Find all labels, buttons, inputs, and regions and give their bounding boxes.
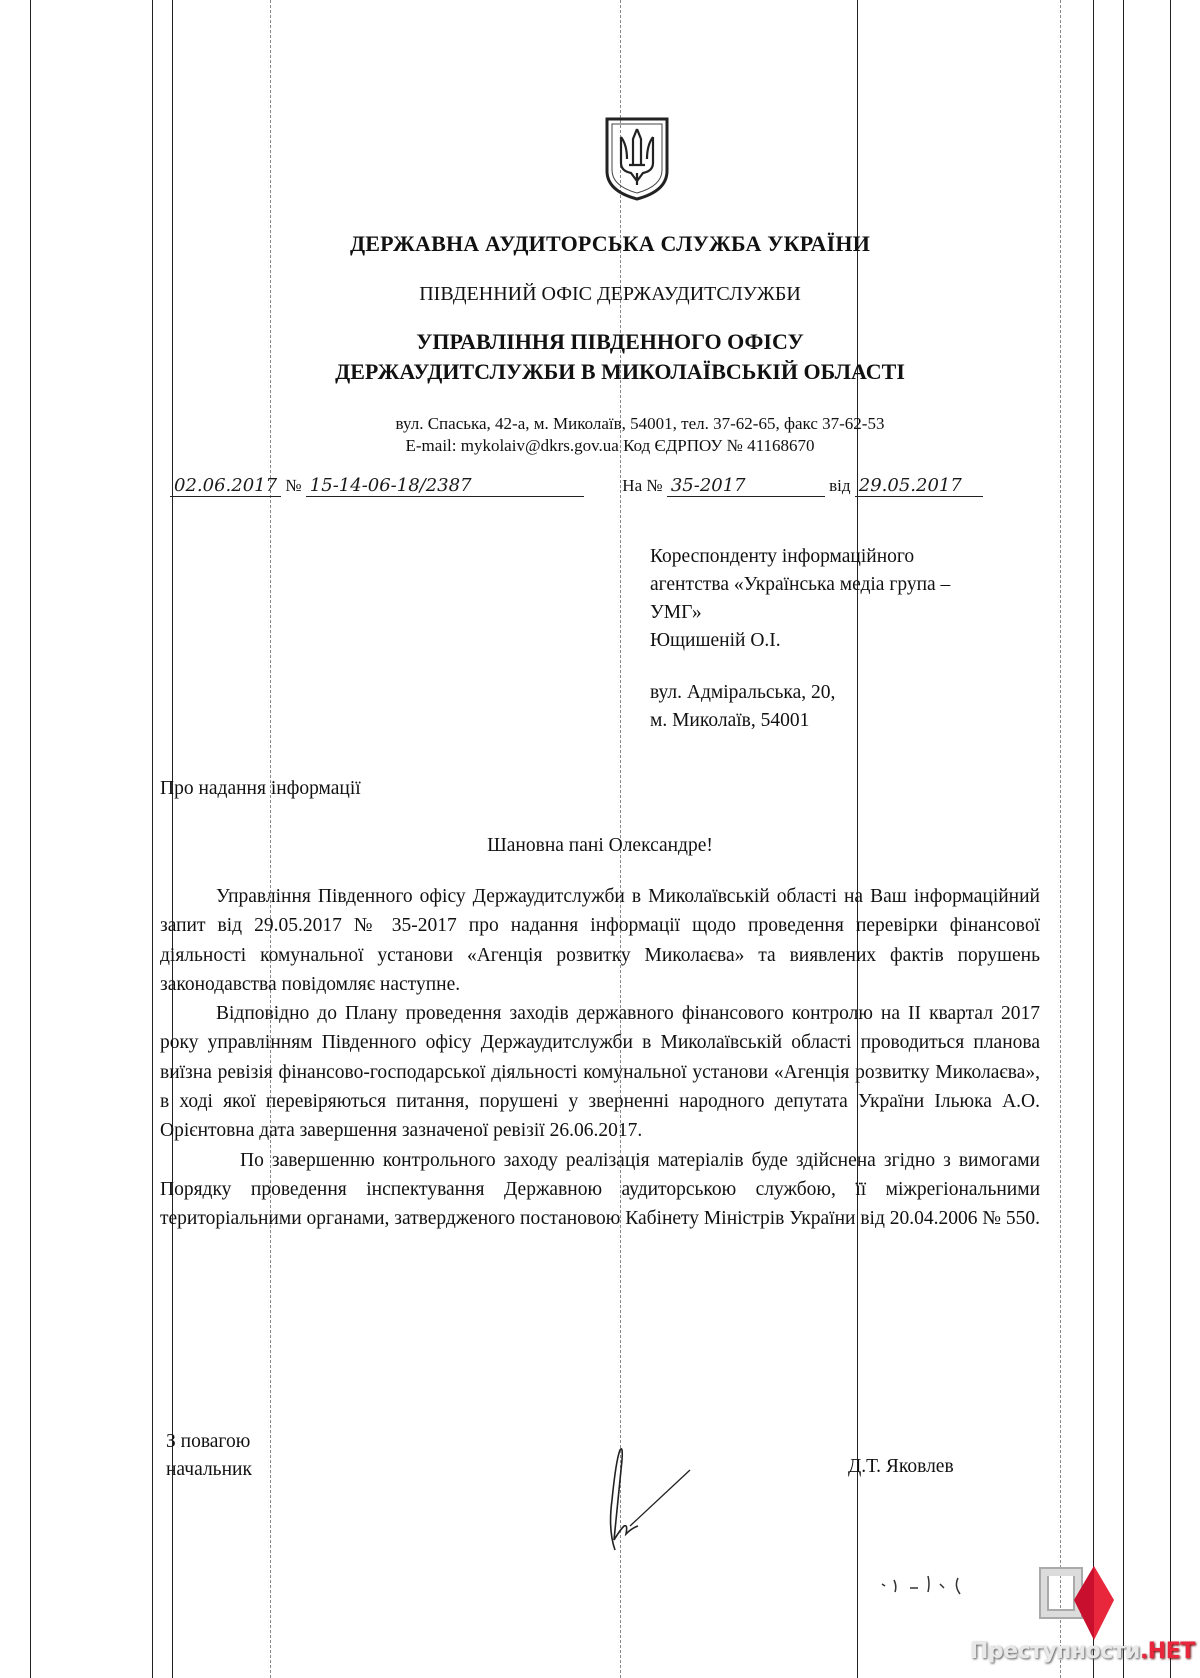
- body-paragraph-3: По завершенню контрольного заходу реаліз…: [160, 1146, 1040, 1234]
- org-name-line-4: ДЕРЖАУДИТСЛУЖБИ В МИКОЛАЇВСЬКІЙ ОБЛАСТІ: [240, 357, 1000, 387]
- reply-to-number: 35-2017: [667, 475, 825, 497]
- recipient-address-1: вул. Адміральська, 20,: [650, 679, 1100, 707]
- scan-artifact-line: [1170, 0, 1171, 1678]
- closing-block: З повагою начальник: [166, 1428, 252, 1484]
- outgoing-date: 02.06.2017: [170, 475, 281, 497]
- recipient-block: Кореспонденту інформаційного агентства «…: [650, 543, 1100, 735]
- site-watermark: Преступности.НЕТ: [970, 1540, 1190, 1670]
- reference-line: 02.06.2017 № 15-14-06-18/2387 На № 35-20…: [170, 475, 1110, 505]
- trident-coat-of-arms-icon: [603, 115, 671, 201]
- watermark-text: Преступности.НЕТ: [970, 1639, 1195, 1664]
- letter-greeting: Шановна пані Олександре!: [160, 835, 1040, 857]
- org-name-block: УПРАВЛІННЯ ПІВДЕННОГО ОФІСУ ДЕРЖАУДИТСЛУ…: [280, 327, 940, 387]
- letter-body: Управління Південного офісу Держаудитслу…: [160, 882, 1040, 1234]
- recipient-address-2: м. Миколаїв, 54001: [650, 707, 1100, 735]
- org-name-line-2: ПІВДЕННИЙ ОФІС ДЕРЖАУДИТСЛУЖБИ: [280, 283, 940, 306]
- from-label: від: [829, 476, 850, 495]
- org-name-line-3: УПРАВЛІННЯ ПІВДЕННОГО ОФІСУ: [280, 327, 940, 357]
- body-paragraph-1: Управління Південного офісу Держаудитслу…: [160, 882, 1040, 999]
- org-address: вул. Спаська, 42-а, м. Миколаїв, 54001, …: [280, 413, 1000, 435]
- scan-artifact-line: [152, 0, 153, 1678]
- recipient-line-2: агентства «Українська медіа група –: [650, 571, 1100, 599]
- org-name-line-1: ДЕРЖАВНА АУДИТОРСЬКА СЛУЖБА УКРАЇНИ: [280, 231, 940, 257]
- letter-subject: Про надання інформації: [160, 778, 361, 800]
- closing-position: начальник: [166, 1456, 252, 1484]
- signer-name: Д.Т. Яковлев: [848, 1456, 954, 1478]
- outgoing-number: 15-14-06-18/2387: [306, 475, 584, 497]
- signature-icon: [590, 1430, 710, 1560]
- closing-regards: З повагою: [166, 1428, 252, 1456]
- scan-artifact-line: [1093, 0, 1094, 1678]
- recipient-line-1: Кореспонденту інформаційного: [650, 543, 1100, 571]
- recipient-line-3: УМГ»: [650, 599, 1100, 627]
- reply-to-label: На №: [622, 476, 662, 495]
- org-email-and-code: E-mail: mykolaiv@dkrs.gov.ua Код ЄДРПОУ …: [280, 435, 1000, 457]
- body-paragraph-2: Відповідно до Плану проведення заходів д…: [160, 999, 1040, 1145]
- reply-to-date: 29.05.2017: [855, 475, 983, 497]
- number-label: №: [285, 476, 301, 495]
- scan-artifact-line: [30, 0, 31, 1678]
- org-contacts: вул. Спаська, 42-а, м. Миколаїв, 54001, …: [280, 413, 1000, 457]
- recipient-name: Ющишеній О.І.: [650, 627, 1100, 655]
- scan-artifact-line: [1123, 0, 1124, 1678]
- scan-artifact-line: [1060, 0, 1061, 1678]
